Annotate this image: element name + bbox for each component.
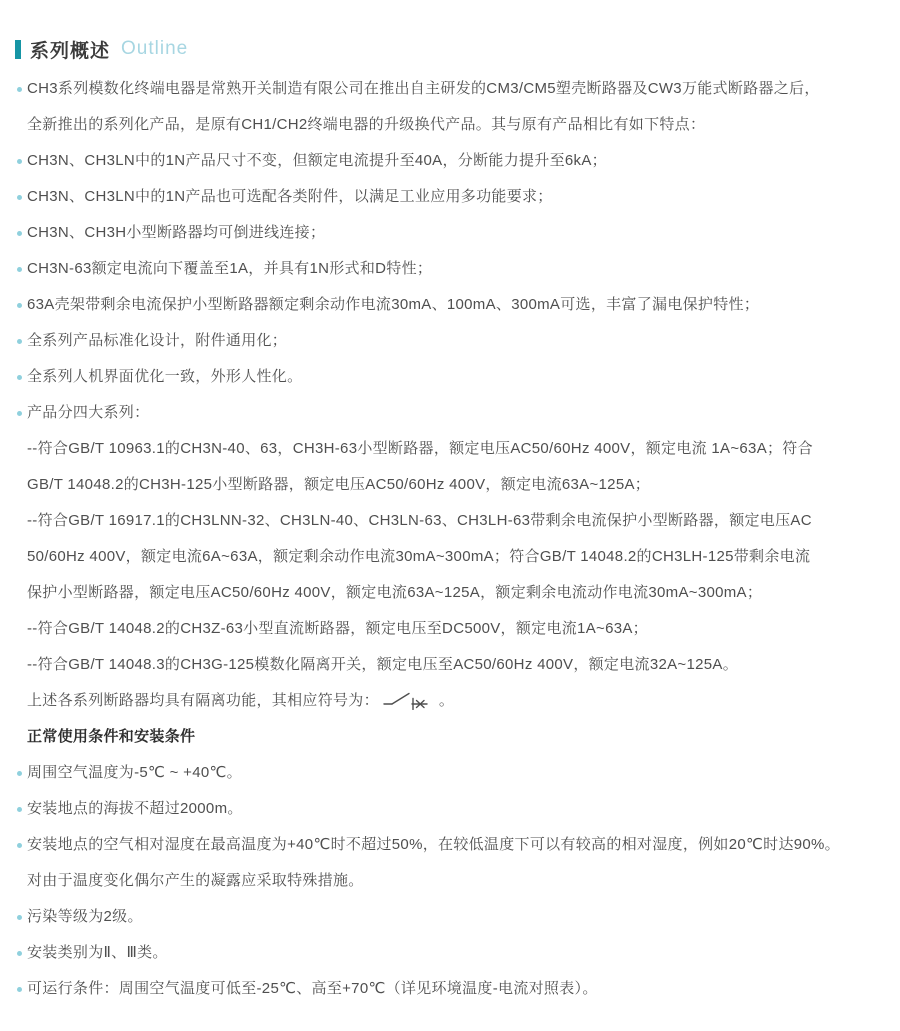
bullet-item: 产品分四大系列： [15,395,885,431]
bullet-item: 63A壳架带剩余电流保护小型断路器额定剩余动作电流30mA、100mA、300m… [15,287,885,323]
bullet-item: 可运行条件：周围空气温度可低至-25℃、高至+70℃（详见环境温度-电流对照表）… [15,971,885,1007]
line-text: CH3N、CH3LN中的1N产品也可选配各类附件，以满足工业应用多功能要求； [27,188,553,205]
bullet-item: 污染等级为2级。 [15,899,885,935]
line-text: 安装地点的海拔不超过2000m。 [27,800,243,817]
line-text: 安装地点的空气相对湿度在最高温度为+40℃时不超过50%，在较低温度下可以有较高… [27,836,840,853]
line-text: CH3N、CH3LN中的1N产品尺寸不变，但额定电流提升至40A，分断能力提升至… [27,152,607,169]
content-lines: CH3系列模数化终端电器是常熟开关制造有限公司在推出自主研发的CM3/CM5塑壳… [15,71,885,1007]
line-text: 50/60Hz 400V，额定电流6A~63A，额定剩余动作电流30mA~300… [27,548,810,565]
bullet-item: 全系列产品标准化设计，附件通用化； [15,323,885,359]
page-title: 系列概述 [30,36,110,63]
bullet-dot-icon [17,231,22,236]
bullet-dot-icon [17,771,22,776]
symbol-line-text-before: 上述各系列断路器均具有隔离功能，其相应符号为： [27,692,379,709]
page-subtitle: Outline [121,38,188,60]
bullet-dot-icon [17,987,22,992]
line-text: CH3系列模数化终端电器是常熟开关制造有限公司在推出自主研发的CM3/CM5塑壳… [27,80,820,97]
bullet-item: CH3N-63额定电流向下覆盖至1A，并具有1N形式和D特性； [15,251,885,287]
text-line: GB/T 14048.2的CH3H-125小型断路器，额定电压AC50/60Hz… [15,467,885,503]
symbol-line-text-after: 。 [439,692,454,709]
catalog-page: 系列概述 Outline CH3系列模数化终端电器是常熟开关制造有限公司在推出自… [0,0,900,1007]
bullet-dot-icon [17,267,22,272]
line-text: 产品分四大系列： [27,404,149,421]
bullet-item: CH3N、CH3H小型断路器均可倒进线连接； [15,215,885,251]
bullet-dot-icon [17,87,22,92]
bullet-dot-icon [17,375,22,380]
accent-bar-icon [15,40,21,59]
line-text: 全系列人机界面优化一致，外形人性化。 [27,368,302,385]
line-text: --符合GB/T 14048.2的CH3Z-63小型直流断路器，额定电压至DC5… [27,620,648,637]
line-text: 63A壳架带剩余电流保护小型断路器额定剩余动作电流30mA、100mA、300m… [27,296,759,313]
line-text: --符合GB/T 14048.3的CH3G-125模数化隔离开关，额定电压至AC… [27,656,738,673]
bullet-item: 周围空气温度为-5℃ ~ +40℃。 [15,755,885,791]
bullet-dot-icon [17,843,22,848]
text-line: 对由于温度变化偶尔产生的凝露应采取特殊措施。 [15,863,885,899]
symbol-line: 上述各系列断路器均具有隔离功能，其相应符号为：。 [15,683,885,719]
line-text: 可运行条件：周围空气温度可低至-25℃、高至+70℃（详见环境温度-电流对照表）… [27,980,598,997]
line-text: 保护小型断路器，额定电压AC50/60Hz 400V，额定电流63A~125A，… [27,584,762,601]
line-text: CH3N-63额定电流向下覆盖至1A，并具有1N形式和D特性； [27,260,432,277]
bullet-item: 安装地点的海拔不超过2000m。 [15,791,885,827]
bullet-dot-icon [17,303,22,308]
bullet-item: 安装地点的空气相对湿度在最高温度为+40℃时不超过50%，在较低温度下可以有较高… [15,827,885,863]
bullet-item: CH3系列模数化终端电器是常熟开关制造有限公司在推出自主研发的CM3/CM5塑壳… [15,71,885,107]
line-text: 污染等级为2级。 [27,908,143,925]
line-text: 周围空气温度为-5℃ ~ +40℃。 [27,764,242,781]
line-text: GB/T 14048.2的CH3H-125小型断路器，额定电压AC50/60Hz… [27,476,650,493]
bullet-dot-icon [17,339,22,344]
bullet-item: 全系列人机界面优化一致，外形人性化。 [15,359,885,395]
text-line: 50/60Hz 400V，额定电流6A~63A，额定剩余动作电流30mA~300… [15,539,885,575]
bullet-item: 安装类别为Ⅱ、Ⅲ类。 [15,935,885,971]
section-header: 系列概述 Outline [15,36,885,62]
bullet-dot-icon [17,159,22,164]
bullet-dot-icon [17,915,22,920]
line-text: 全新推出的系列化产品，是原有CH1/CH2终端电器的升级换代产品。其与原有产品相… [27,116,705,133]
bullet-item: CH3N、CH3LN中的1N产品尺寸不变，但额定电流提升至40A，分断能力提升至… [15,143,885,179]
line-text: --符合GB/T 10963.1的CH3N-40、63，CH3H-63小型断路器… [27,440,813,457]
line-text: 安装类别为Ⅱ、Ⅲ类。 [27,944,168,961]
line-text: 全系列产品标准化设计，附件通用化； [27,332,287,349]
line-text: CH3N、CH3H小型断路器均可倒进线连接； [27,224,325,241]
line-text: 正常使用条件和安装条件 [27,728,195,745]
bullet-dot-icon [17,807,22,812]
isolator-switch-icon [383,688,429,710]
text-line: --符合GB/T 10963.1的CH3N-40、63，CH3H-63小型断路器… [15,431,885,467]
text-line: --符合GB/T 14048.3的CH3G-125模数化隔离开关，额定电压至AC… [15,647,885,683]
line-text: 对由于温度变化偶尔产生的凝露应采取特殊措施。 [27,872,364,889]
bullet-dot-icon [17,195,22,200]
bullet-dot-icon [17,411,22,416]
text-line: --符合GB/T 16917.1的CH3LNN-32、CH3LN-40、CH3L… [15,503,885,539]
text-line: 全新推出的系列化产品，是原有CH1/CH2终端电器的升级换代产品。其与原有产品相… [15,107,885,143]
text-line: 保护小型断路器，额定电压AC50/60Hz 400V，额定电流63A~125A，… [15,575,885,611]
section-heading: 正常使用条件和安装条件 [15,719,885,755]
bullet-dot-icon [17,951,22,956]
bullet-item: CH3N、CH3LN中的1N产品也可选配各类附件，以满足工业应用多功能要求； [15,179,885,215]
line-text: --符合GB/T 16917.1的CH3LNN-32、CH3LN-40、CH3L… [27,512,812,529]
text-line: --符合GB/T 14048.2的CH3Z-63小型直流断路器，额定电压至DC5… [15,611,885,647]
